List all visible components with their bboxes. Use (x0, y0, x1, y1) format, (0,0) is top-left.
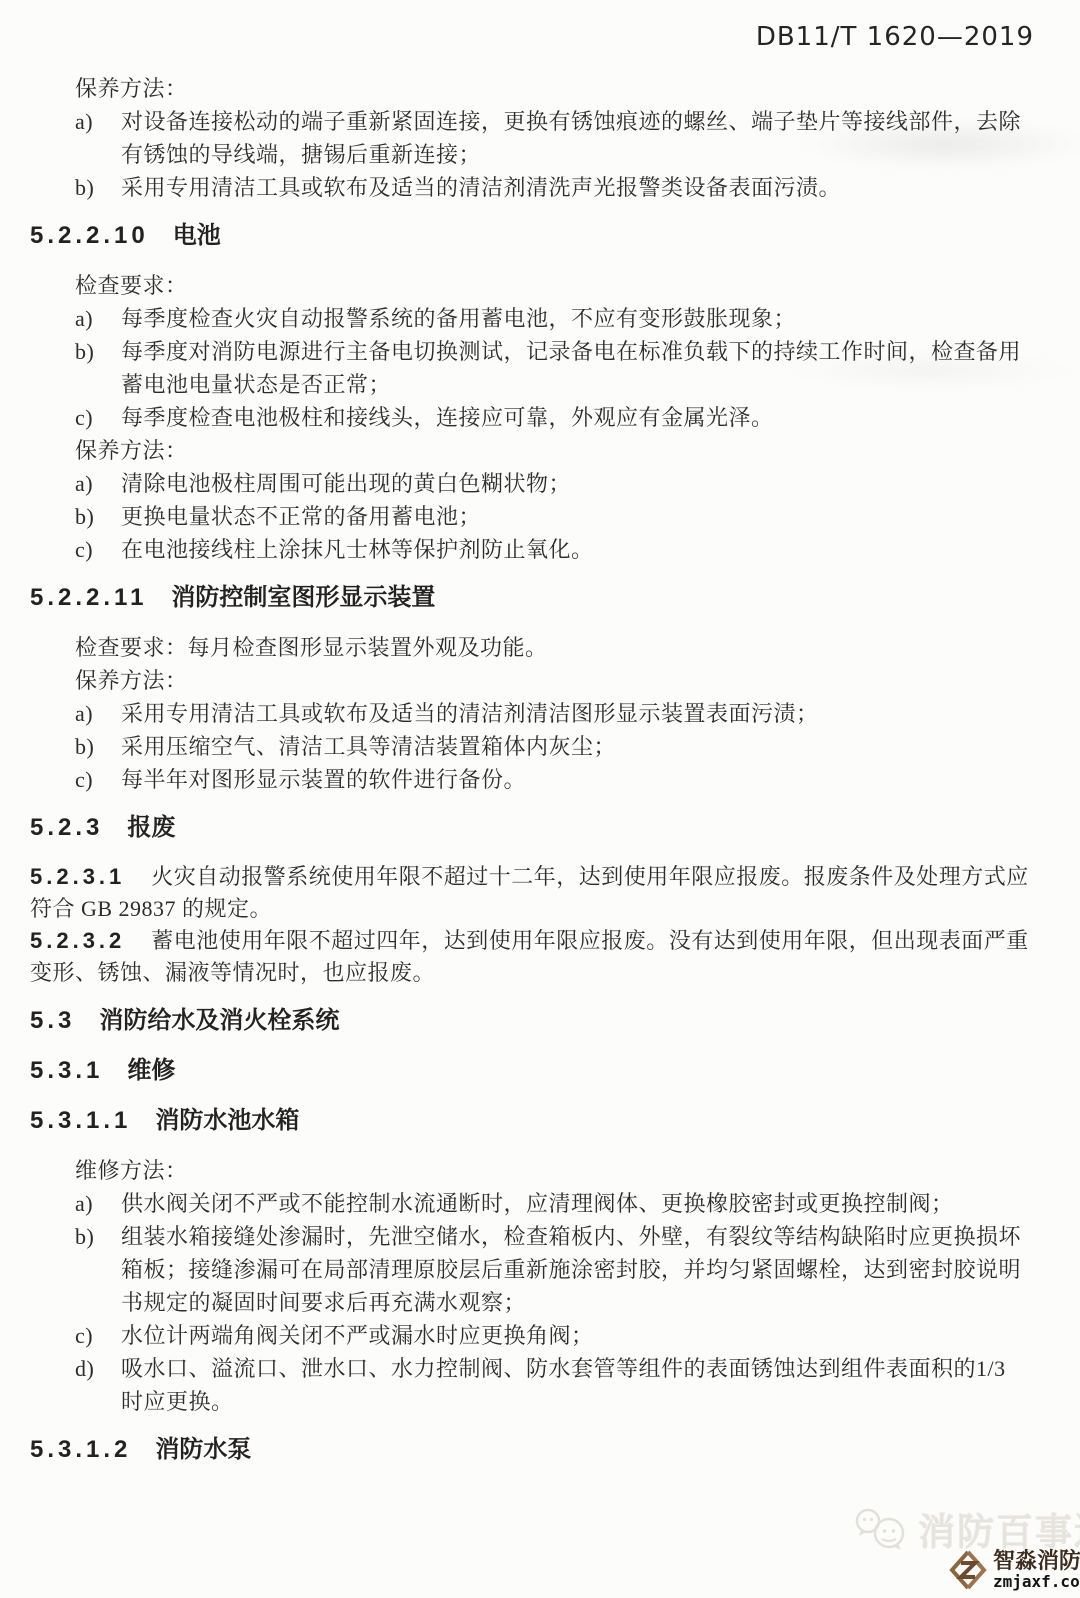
clause-text: 火灾自动报警系统使用年限不超过十二年，达到使用年限应报废。报废条件及处理方式应符… (30, 864, 1029, 921)
list-letter: c) (75, 763, 121, 796)
list-item: b)每季度对消防电源进行主备电切换测试，记录备电在标准负载下的持续工作时间，检查… (75, 335, 1048, 401)
list-text: 在电池接线柱上涂抹凡士林等保护剂防止氧化。 (121, 533, 1027, 566)
list-text: 吸水口、溢流口、泄水口、水力控制阀、防水套管等组件的表面锈蚀达到组件表面积的1/… (121, 1352, 1027, 1418)
paragraph-label: 保养方法： (75, 664, 1048, 697)
brand-badge: 智淼消防 zmjaxf.com (948, 1549, 1080, 1591)
section-number: 5.3.1.2 (30, 1436, 131, 1463)
list-item: a)采用专用清洁工具或软布及适当的清洁剂清洁图形显示装置表面污渍； (75, 697, 1048, 730)
list-text: 每半年对图形显示装置的软件进行备份。 (121, 763, 1027, 796)
section-number: 5.3.1 (30, 1057, 103, 1084)
list-item: b)组装水箱接缝处渗漏时，先泄空储水，检查箱板内、外壁，有裂纹等结构缺陷时应更换… (75, 1220, 1048, 1319)
list-item: a)供水阀关闭不严或不能控制水流通断时，应清理阀体、更换橡胶密封或更换控制阀； (75, 1187, 1048, 1220)
list-item: c)在电池接线柱上涂抹凡士林等保护剂防止氧化。 (75, 533, 1048, 566)
doc-number: DB11/T 1620—2019 (30, 20, 1048, 54)
section-number: 5.2.2.11 (30, 584, 147, 611)
section-heading: 5.2.3报废 (30, 811, 1048, 845)
list-letter: a) (75, 467, 121, 500)
list-text: 每季度检查火灾自动报警系统的备用蓄电池，不应有变形鼓胀现象； (121, 302, 1027, 335)
list-letter: b) (75, 171, 121, 204)
list-text: 组装水箱接缝处渗漏时，先泄空储水，检查箱板内、外壁，有裂纹等结构缺陷时应更换损坏… (121, 1220, 1027, 1319)
list-item: c)每半年对图形显示装置的软件进行备份。 (75, 763, 1048, 796)
zhimiao-logo-icon (948, 1549, 988, 1591)
section-number: 5.2.3 (30, 814, 103, 841)
list-item: a)每季度检查火灾自动报警系统的备用蓄电池，不应有变形鼓胀现象； (75, 302, 1048, 335)
list-item: b)更换电量状态不正常的备用蓄电池； (75, 500, 1048, 533)
section-heading: 5.2.2.10电池 (30, 219, 1048, 253)
list-letter: c) (75, 401, 121, 434)
list-text: 供水阀关闭不严或不能控制水流通断时，应清理阀体、更换橡胶密封或更换控制阀； (121, 1187, 1027, 1220)
list-item: b)采用压缩空气、清洁工具等清洁装置箱体内灰尘； (75, 730, 1048, 763)
section-heading: 5.3.1.1消防水池水箱 (30, 1104, 1048, 1138)
list-letter: a) (75, 697, 121, 730)
section-heading: 5.3消防给水及消火栓系统 (30, 1004, 1048, 1038)
list-item: c)水位计两端角阀关闭不严或漏水时应更换角阀； (75, 1319, 1048, 1352)
list-item: b)采用专用清洁工具或软布及适当的清洁剂清洗声光报警类设备表面污渍。 (75, 171, 1048, 204)
section-number: 5.3.1.1 (30, 1107, 131, 1134)
section-title: 电池 (173, 222, 221, 249)
paragraph-label: 保养方法： (75, 434, 1048, 467)
list-text: 每季度对消防电源进行主备电切换测试，记录备电在标准负载下的持续工作时间，检查备用… (121, 335, 1027, 401)
section-heading: 5.3.1.2消防水泵 (30, 1433, 1048, 1467)
paragraph-label: 检查要求：每月检查图形显示装置外观及功能。 (75, 631, 1048, 664)
section-title: 消防水池水箱 (155, 1107, 299, 1134)
section-title: 消防水泵 (155, 1436, 251, 1463)
list-item: c)每季度检查电池极柱和接线头，连接应可靠，外观应有金属光泽。 (75, 401, 1048, 434)
list-text: 采用专用清洁工具或软布及适当的清洁剂清洗声光报警类设备表面污渍。 (121, 171, 1027, 204)
list-text: 更换电量状态不正常的备用蓄电池； (121, 500, 1027, 533)
paragraph-label: 检查要求： (75, 269, 1048, 302)
clause-text: 蓄电池使用年限不超过四年，达到使用年限应报废。没有达到使用年限，但出现表面严重变… (30, 928, 1029, 985)
list-item: a)对设备连接松动的端子重新紧固连接，更换有锈蚀痕迹的螺丝、端子垫片等接线部件，… (75, 105, 1048, 171)
section-title: 消防给水及消火栓系统 (99, 1007, 339, 1034)
list-letter: b) (75, 335, 121, 401)
list-letter: b) (75, 500, 121, 533)
section-title: 消防控制室图形显示装置 (171, 584, 435, 611)
brand-name: 智淼消防 (993, 1549, 1080, 1573)
list-letter: d) (75, 1352, 121, 1418)
section-number: 5.3 (30, 1007, 75, 1034)
list-text: 每季度检查电池极柱和接线头，连接应可靠，外观应有金属光泽。 (121, 401, 1027, 434)
list-letter: a) (75, 302, 121, 335)
section-number: 5.2.2.10 (30, 222, 149, 249)
paragraph-label: 维修方法： (75, 1154, 1048, 1187)
list-letter: b) (75, 1220, 121, 1319)
paragraph-label: 保养方法： (75, 72, 1048, 105)
section-heading: 5.3.1维修 (30, 1054, 1048, 1088)
brand-site: zmjaxf.com (993, 1573, 1080, 1591)
list-letter: c) (75, 533, 121, 566)
chat-bubbles-icon (852, 1505, 910, 1553)
section-heading: 5.2.2.11消防控制室图形显示装置 (30, 581, 1048, 615)
list-item: a)清除电池极柱周围可能出现的黄白色糊状物； (75, 467, 1048, 500)
clause-number: 5.2.3.2 (30, 928, 125, 953)
list-text: 对设备连接松动的端子重新紧固连接，更换有锈蚀痕迹的螺丝、端子垫片等接线部件，去除… (121, 105, 1027, 171)
list-text: 水位计两端角阀关闭不严或漏水时应更换角阀； (121, 1319, 1027, 1352)
document-page: DB11/T 1620—2019 保养方法：a)对设备连接松动的端子重新紧固连接… (0, 0, 1080, 1467)
list-text: 采用压缩空气、清洁工具等清洁装置箱体内灰尘； (121, 730, 1027, 763)
section-title: 维修 (127, 1057, 175, 1084)
list-letter: a) (75, 1187, 121, 1220)
numbered-paragraph: 5.2.3.2蓄电池使用年限不超过四年，达到使用年限应报废。没有达到使用年限，但… (30, 925, 1048, 989)
list-text: 采用专用清洁工具或软布及适当的清洁剂清洁图形显示装置表面污渍； (121, 697, 1027, 730)
numbered-paragraph: 5.2.3.1火灾自动报警系统使用年限不超过十二年，达到使用年限应报废。报废条件… (30, 861, 1048, 925)
list-letter: a) (75, 105, 121, 171)
list-letter: b) (75, 730, 121, 763)
list-letter: c) (75, 1319, 121, 1352)
section-title: 报废 (127, 814, 175, 841)
clause-number: 5.2.3.1 (30, 864, 125, 889)
list-item: d)吸水口、溢流口、泄水口、水力控制阀、防水套管等组件的表面锈蚀达到组件表面积的… (75, 1352, 1048, 1418)
list-text: 清除电池极柱周围可能出现的黄白色糊状物； (121, 467, 1027, 500)
document-body: 保养方法：a)对设备连接松动的端子重新紧固连接，更换有锈蚀痕迹的螺丝、端子垫片等… (30, 72, 1048, 1467)
